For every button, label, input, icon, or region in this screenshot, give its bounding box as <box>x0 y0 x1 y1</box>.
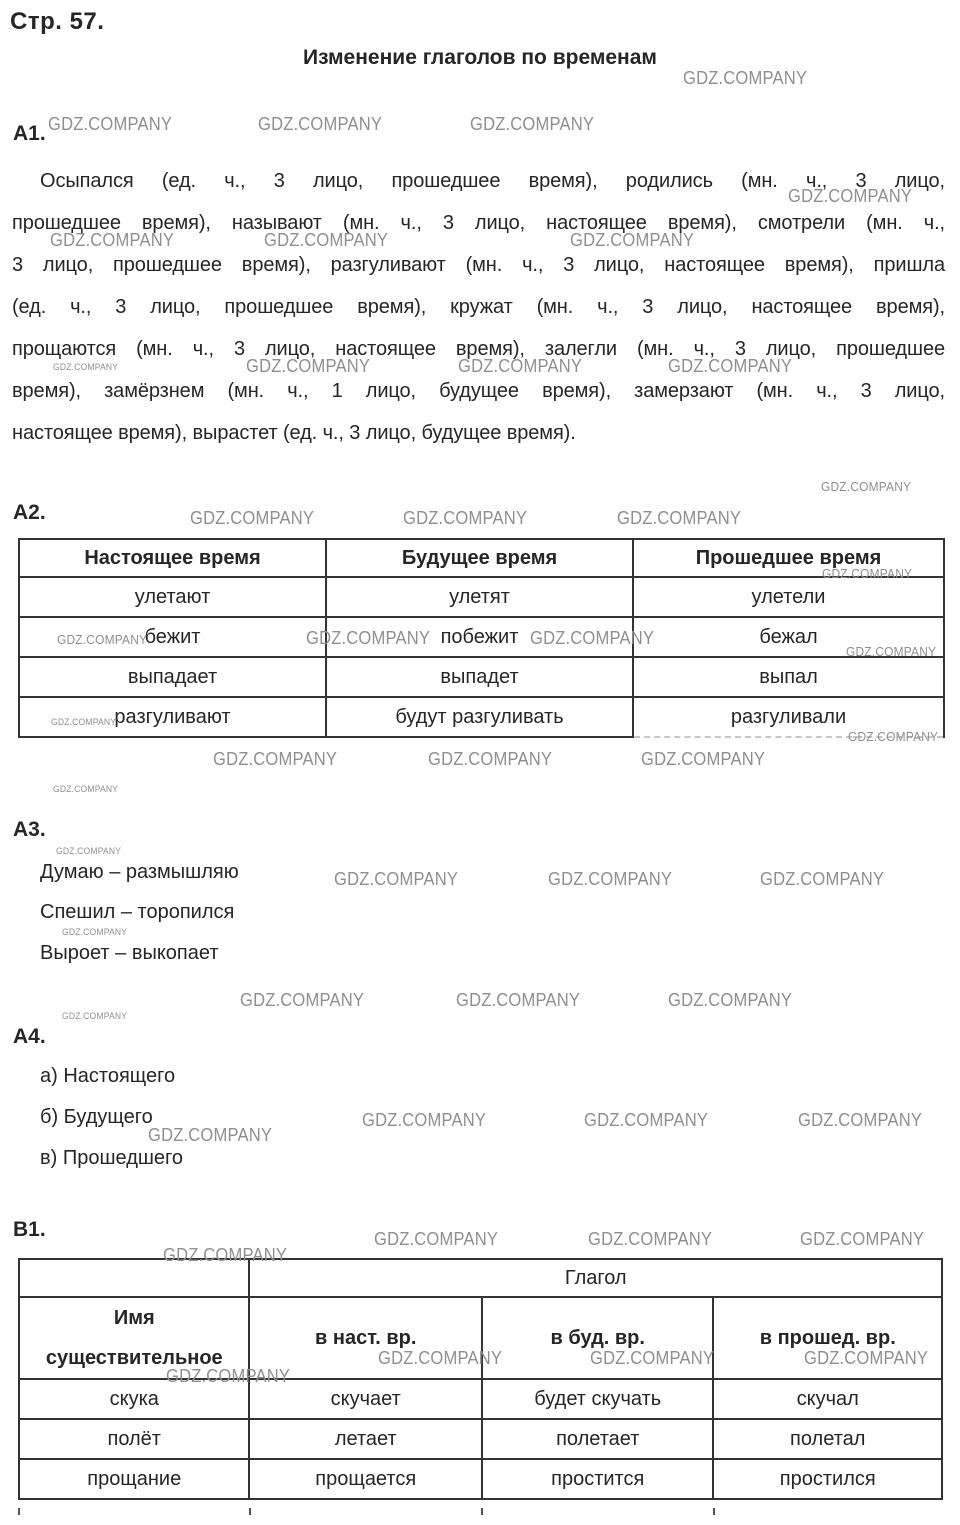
b1-table-cell: прощание <box>19 1459 249 1499</box>
a1-line: прощаются (мн. ч., 3 лицо, настоящее вре… <box>12 328 945 370</box>
a2-table-cell: выпал <box>633 657 944 697</box>
gdz-watermark: GDZ.COMPANY <box>56 846 121 856</box>
gdz-watermark: GDZ.COMPANY <box>821 479 911 494</box>
gdz-watermark: GDZ.COMPANY <box>760 869 884 890</box>
section-a3-label: A3. <box>13 818 46 842</box>
gdz-watermark: GDZ.COMPANY <box>641 749 765 770</box>
b1-table-cell: летает <box>249 1419 482 1459</box>
b1-table-cell: простится <box>482 1459 714 1499</box>
a4-option: б) Будущего <box>40 1106 153 1129</box>
b1-table-cell: будет скучать <box>482 1379 714 1419</box>
gdz-watermark: GDZ.COMPANY <box>683 68 807 89</box>
b1-header-cell: в прошед. вр. <box>713 1297 942 1379</box>
gdz-watermark: GDZ.COMPANY <box>617 508 741 529</box>
a2-table-cell: будут разгуливать <box>326 697 633 737</box>
section-a2-label: A2. <box>13 501 46 525</box>
a3-synonym-pair: Спешил – торопился <box>40 901 234 924</box>
table-gridline-stub <box>481 1508 483 1515</box>
gdz-watermark: GDZ.COMPANY <box>190 508 314 529</box>
gdz-watermark: GDZ.COMPANY <box>374 1229 498 1250</box>
a3-synonym-pair: Думаю – размышляю <box>40 861 239 884</box>
gdz-watermark: GDZ.COMPANY <box>800 1229 924 1250</box>
gdz-watermark: GDZ.COMPANY <box>62 1011 127 1021</box>
scanned-answer-page: Стр. 57. Изменение глаголов по временам … <box>0 0 960 1525</box>
a2-table-cell: выпадает <box>19 657 326 697</box>
gdz-watermark: GDZ.COMPANY <box>258 114 382 135</box>
b1-table-cell: прощается <box>249 1459 482 1499</box>
gdz-watermark: GDZ.COMPANY <box>798 1110 922 1131</box>
a2-table-cell: разгуливали <box>633 697 944 737</box>
a2-table-cell: разгуливают <box>19 697 326 737</box>
table-gridline-stub <box>713 1508 715 1515</box>
gdz-watermark: GDZ.COMPANY <box>48 114 172 135</box>
gdz-watermark: GDZ.COMPANY <box>456 990 580 1011</box>
gdz-watermark: GDZ.COMPANY <box>668 990 792 1011</box>
section-b1-label: B1. <box>13 1218 46 1242</box>
gdz-watermark: GDZ.COMPANY <box>584 1110 708 1131</box>
table-gridline-stub <box>249 1508 251 1515</box>
b1-table-cell: полёт <box>19 1419 249 1459</box>
a1-line: настоящее время), вырастет (ед. ч., 3 ли… <box>12 412 945 454</box>
gdz-watermark: GDZ.COMPANY <box>548 869 672 890</box>
a1-line: Осыпался (ед. ч., 3 лицо, прошедшее врем… <box>12 160 945 202</box>
a3-synonym-pair: Выроет – выкопает <box>40 942 219 965</box>
b1-header-cell: Имя существительное <box>19 1297 249 1379</box>
a2-header-cell: Настоящее время <box>19 539 326 577</box>
page-number-label: Стр. 57. <box>10 8 104 36</box>
a2-tense-table: Настоящее время Будущее время Прошедшее … <box>18 538 945 738</box>
gdz-watermark: GDZ.COMPANY <box>428 749 552 770</box>
a1-line: прошедшее время), называют (мн. ч., 3 ли… <box>12 202 945 244</box>
gdz-watermark: GDZ.COMPANY <box>403 508 527 529</box>
page-title: Изменение глаголов по временам <box>0 46 960 70</box>
gdz-watermark: GDZ.COMPANY <box>240 990 364 1011</box>
b1-empty-cell <box>19 1259 249 1297</box>
a4-option: в) Прошедшего <box>40 1147 183 1170</box>
b1-table-cell: полетал <box>713 1419 942 1459</box>
table-gridline-stub <box>18 1508 20 1515</box>
a1-answer-paragraph: Осыпался (ед. ч., 3 лицо, прошедшее врем… <box>12 160 945 454</box>
gdz-watermark: GDZ.COMPANY <box>334 869 458 890</box>
gdz-watermark: GDZ.COMPANY <box>470 114 594 135</box>
a1-line: время), замёрзнем (мн. ч., 1 лицо, будущ… <box>12 370 945 412</box>
b1-span-header: Глагол <box>249 1259 942 1297</box>
a2-table-cell: побежит <box>326 617 633 657</box>
a2-table-cell: улетели <box>633 577 944 617</box>
gdz-watermark: GDZ.COMPANY <box>62 927 127 937</box>
a2-table-cell: улетают <box>19 577 326 617</box>
a1-line: (ед. ч., 3 лицо, прошедшее время), кружа… <box>12 286 945 328</box>
b1-table-cell: скука <box>19 1379 249 1419</box>
a2-header-cell: Прошедшее время <box>633 539 944 577</box>
b1-table-cell: простился <box>713 1459 942 1499</box>
b1-verb-table: Глагол Имя существительное в наст. вр. в… <box>18 1258 943 1500</box>
gdz-watermark: GDZ.COMPANY <box>588 1229 712 1250</box>
a4-option: а) Настоящего <box>40 1065 175 1088</box>
a2-table-cell: бежал <box>633 617 944 657</box>
a2-table-cell: улетят <box>326 577 633 617</box>
b1-table-cell: скучал <box>713 1379 942 1419</box>
gdz-watermark: GDZ.COMPANY <box>362 1110 486 1131</box>
gdz-watermark: GDZ.COMPANY <box>148 1125 272 1146</box>
a1-line: 3 лицо, прошедшее время), разгуливают (м… <box>12 244 945 286</box>
section-a4-label: A4. <box>13 1025 46 1049</box>
a2-table-cell: бежит <box>19 617 326 657</box>
b1-table-cell: полетает <box>482 1419 714 1459</box>
section-a1-label: A1. <box>13 122 46 146</box>
b1-header-cell: в наст. вр. <box>249 1297 482 1379</box>
a2-table-cell: выпадет <box>326 657 633 697</box>
gdz-watermark: GDZ.COMPANY <box>213 749 337 770</box>
gdz-watermark: GDZ.COMPANY <box>53 784 118 794</box>
a2-header-cell: Будущее время <box>326 539 633 577</box>
b1-table-cell: скучает <box>249 1379 482 1419</box>
b1-header-cell: в буд. вр. <box>482 1297 714 1379</box>
